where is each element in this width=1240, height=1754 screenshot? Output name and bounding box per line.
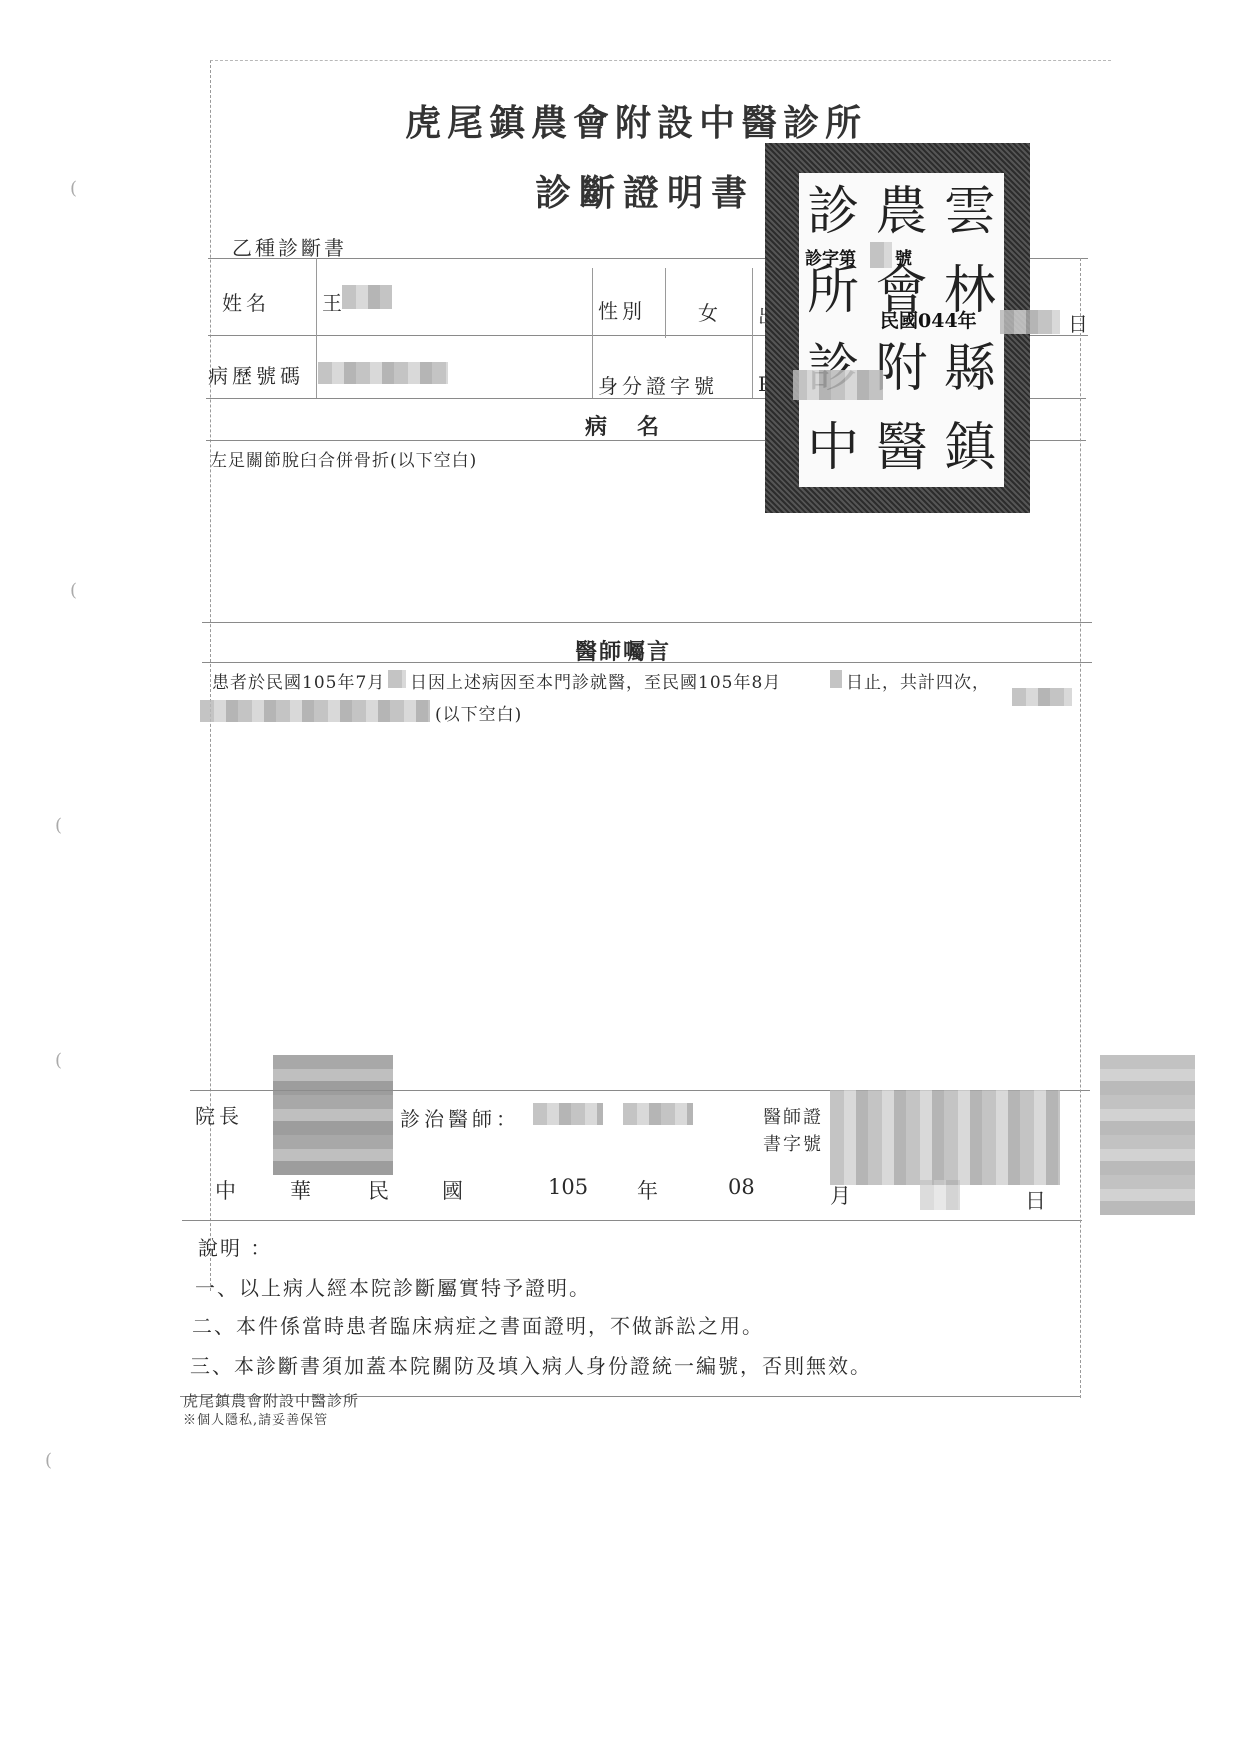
notes-heading: 說明 ： bbox=[198, 1232, 272, 1261]
date-era-char: 華 bbox=[290, 1175, 311, 1205]
birth-date-redacted bbox=[1000, 310, 1060, 334]
license-label-line2: 書字號 bbox=[763, 1130, 823, 1156]
director-label: 院長 bbox=[195, 1100, 243, 1129]
table-line bbox=[202, 622, 1092, 623]
footer-clinic: 虎尾鎮農會附設中醫診所 bbox=[183, 1390, 359, 1411]
scan-artifact: ( bbox=[70, 580, 77, 601]
id-number-redacted bbox=[793, 370, 883, 400]
date-year-unit: 年 bbox=[637, 1175, 658, 1205]
table-line bbox=[592, 268, 593, 398]
table-line bbox=[752, 268, 753, 398]
advice-date-redacted bbox=[388, 670, 406, 688]
cert-number-redacted bbox=[870, 242, 892, 268]
note-item: 二、本件係當時患者臨床病症之書面證明，不做訴訟之用。 bbox=[192, 1310, 764, 1339]
seal-char: 中 bbox=[799, 409, 867, 488]
table-line bbox=[665, 268, 666, 338]
scan-artifact: ( bbox=[55, 1050, 62, 1071]
date-month: 08 bbox=[728, 1175, 755, 1199]
director-signature-redacted bbox=[273, 1055, 393, 1175]
table-line bbox=[316, 258, 317, 398]
scan-artifact: ( bbox=[45, 1450, 52, 1471]
record-number-label: 病歷號碼 bbox=[208, 360, 304, 389]
doctor-name-redacted bbox=[533, 1103, 603, 1125]
date-era-char: 民 bbox=[368, 1175, 389, 1205]
scan-artifact: ( bbox=[55, 815, 62, 836]
advice-line1-part2: 日因上述病因至本門診就醫，至民國105年8月 bbox=[410, 668, 781, 693]
seal-char: 診 bbox=[799, 173, 867, 252]
date-day-unit: 日 bbox=[1025, 1185, 1046, 1215]
license-label-line1: 醫師證 bbox=[763, 1103, 823, 1129]
advice-date-redacted bbox=[830, 670, 842, 688]
cert-number-suffix: 號 bbox=[895, 244, 912, 269]
gender-label: 性別 bbox=[598, 295, 646, 324]
footer-privacy: ※個人隱私,請妥善保管 bbox=[183, 1409, 328, 1428]
birth-day-suffix: 日 bbox=[1068, 308, 1088, 337]
diagnosis-text: 左足關節脫臼合併骨折(以下空白) bbox=[210, 446, 477, 471]
clinic-title: 虎尾鎮農會附設中醫診所 bbox=[405, 95, 867, 146]
gender-value: 女 bbox=[698, 297, 718, 326]
advice-heading: 醫師囑言 bbox=[575, 635, 671, 666]
name-redacted bbox=[342, 285, 392, 309]
table-line bbox=[1080, 258, 1081, 1398]
doctor-name-redacted bbox=[623, 1103, 693, 1125]
advice-text-redacted bbox=[200, 700, 430, 722]
scan-artifact: ( bbox=[70, 178, 77, 199]
date-month-unit: 月 bbox=[830, 1180, 851, 1210]
document-title: 診斷證明書 bbox=[535, 165, 755, 216]
note-item: 一、以上病人經本院診斷屬實特予證明。 bbox=[195, 1272, 591, 1301]
form-type: 乙種診斷書 bbox=[232, 232, 347, 261]
advice-line1-part3: 日止，共計四次， bbox=[846, 668, 990, 693]
seal-char: 縣 bbox=[936, 330, 1004, 409]
advice-line2-tail: (以下空白) bbox=[435, 700, 522, 725]
birth-date-value: 民國044年 bbox=[880, 306, 977, 333]
cert-number-label: 診字第 bbox=[805, 244, 856, 269]
seal-char: 農 bbox=[867, 173, 935, 252]
date-day-redacted bbox=[920, 1180, 960, 1210]
table-line bbox=[182, 1220, 1082, 1221]
date-year: 105 bbox=[548, 1175, 588, 1199]
date-era-char: 中 bbox=[215, 1175, 236, 1205]
date-era-char: 國 bbox=[442, 1175, 463, 1205]
id-number-label: 身分證字號 bbox=[598, 370, 718, 399]
seal-char: 雲 bbox=[936, 173, 1004, 252]
stamp-redacted bbox=[1100, 1055, 1195, 1215]
note-item: 三、本診斷書須加蓋本院關防及填入病人身份證統一編號，否則無效。 bbox=[190, 1350, 872, 1379]
name-value: 王 bbox=[322, 287, 342, 316]
doctor-label: 診治醫師： bbox=[400, 1103, 520, 1132]
seal-char: 醫 bbox=[867, 409, 935, 488]
name-label: 姓名 bbox=[222, 287, 270, 316]
diagnosis-heading: 病名 bbox=[585, 410, 689, 441]
record-number-redacted bbox=[318, 362, 448, 384]
advice-text-redacted bbox=[1012, 688, 1072, 706]
seal-char: 鎮 bbox=[936, 409, 1004, 488]
advice-line1-part1: 患者於民國105年7月 bbox=[212, 668, 385, 693]
license-number-redacted bbox=[830, 1090, 1060, 1185]
